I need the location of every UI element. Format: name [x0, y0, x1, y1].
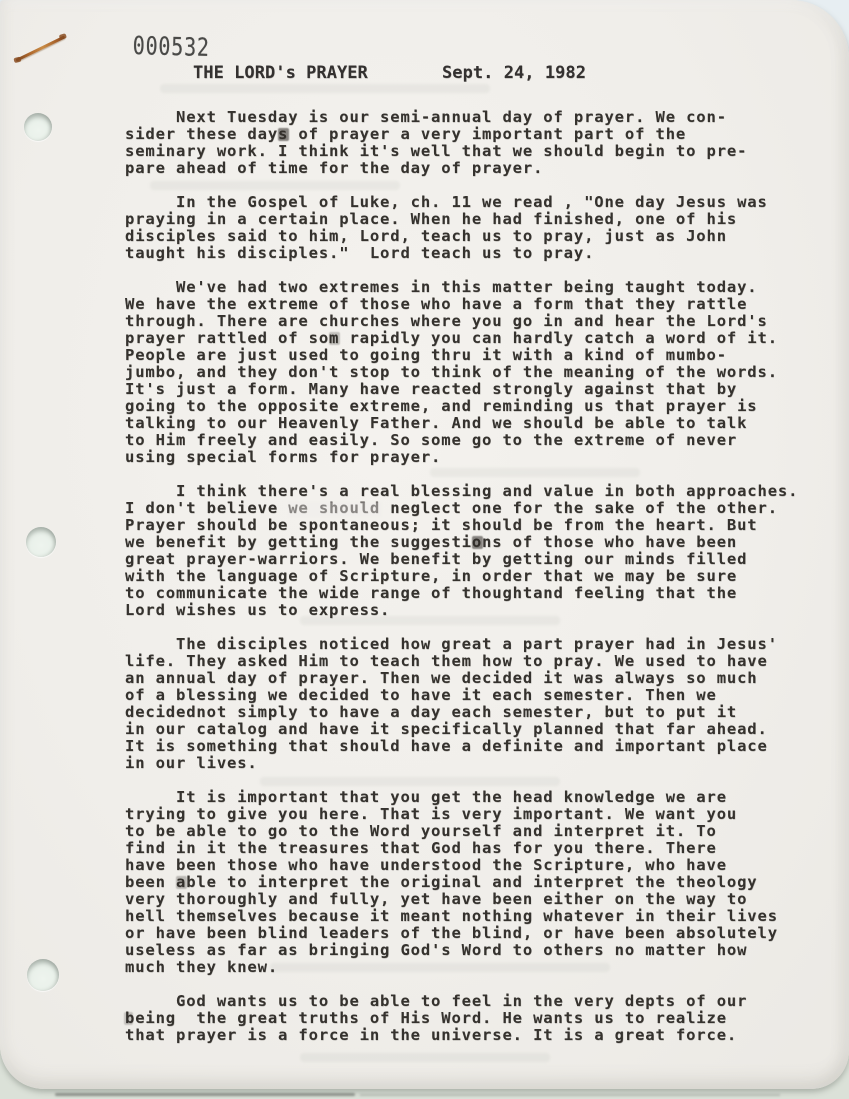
- overstrike-mark: [124, 1012, 133, 1025]
- hole-punch: [24, 113, 52, 141]
- hole-punch: [27, 959, 59, 991]
- paragraph: I think there's a real blessing and valu…: [125, 483, 798, 619]
- overstrike-mark: [176, 876, 187, 889]
- paragraph: We've had two extremes in this matter be…: [125, 279, 798, 466]
- staple-rust-mark: [15, 35, 65, 61]
- bleed-through-smudge: [160, 84, 490, 93]
- document-title: THE LORD's PRAYER: [193, 63, 368, 80]
- document-date: Sept. 24, 1982: [442, 63, 586, 80]
- faded-ink-patch: [288, 502, 382, 517]
- paragraph: The disciples noticed how great a part p…: [125, 636, 798, 772]
- paragraph: God wants us to be able to feel in the v…: [125, 993, 798, 1044]
- overstrike-mark: [329, 332, 340, 345]
- document-number-stamp: 000532: [133, 31, 211, 62]
- hole-punch: [26, 527, 56, 557]
- page-edge-shadow: [55, 1093, 355, 1096]
- paragraph: Next Tuesday is our semi-annual day of p…: [125, 109, 798, 177]
- overstrike-mark: [472, 536, 483, 549]
- page-edge-shadow: [360, 1094, 780, 1096]
- paragraph: In the Gospel of Luke, ch. 11 we read , …: [125, 194, 798, 262]
- document-page: 000532 THE LORD's PRAYER Sept. 24, 1982 …: [0, 0, 849, 1089]
- paragraph: It is important that you get the head kn…: [125, 789, 798, 976]
- overstrike-mark: [278, 128, 289, 141]
- document-body: Next Tuesday is our semi-annual day of p…: [125, 109, 798, 1061]
